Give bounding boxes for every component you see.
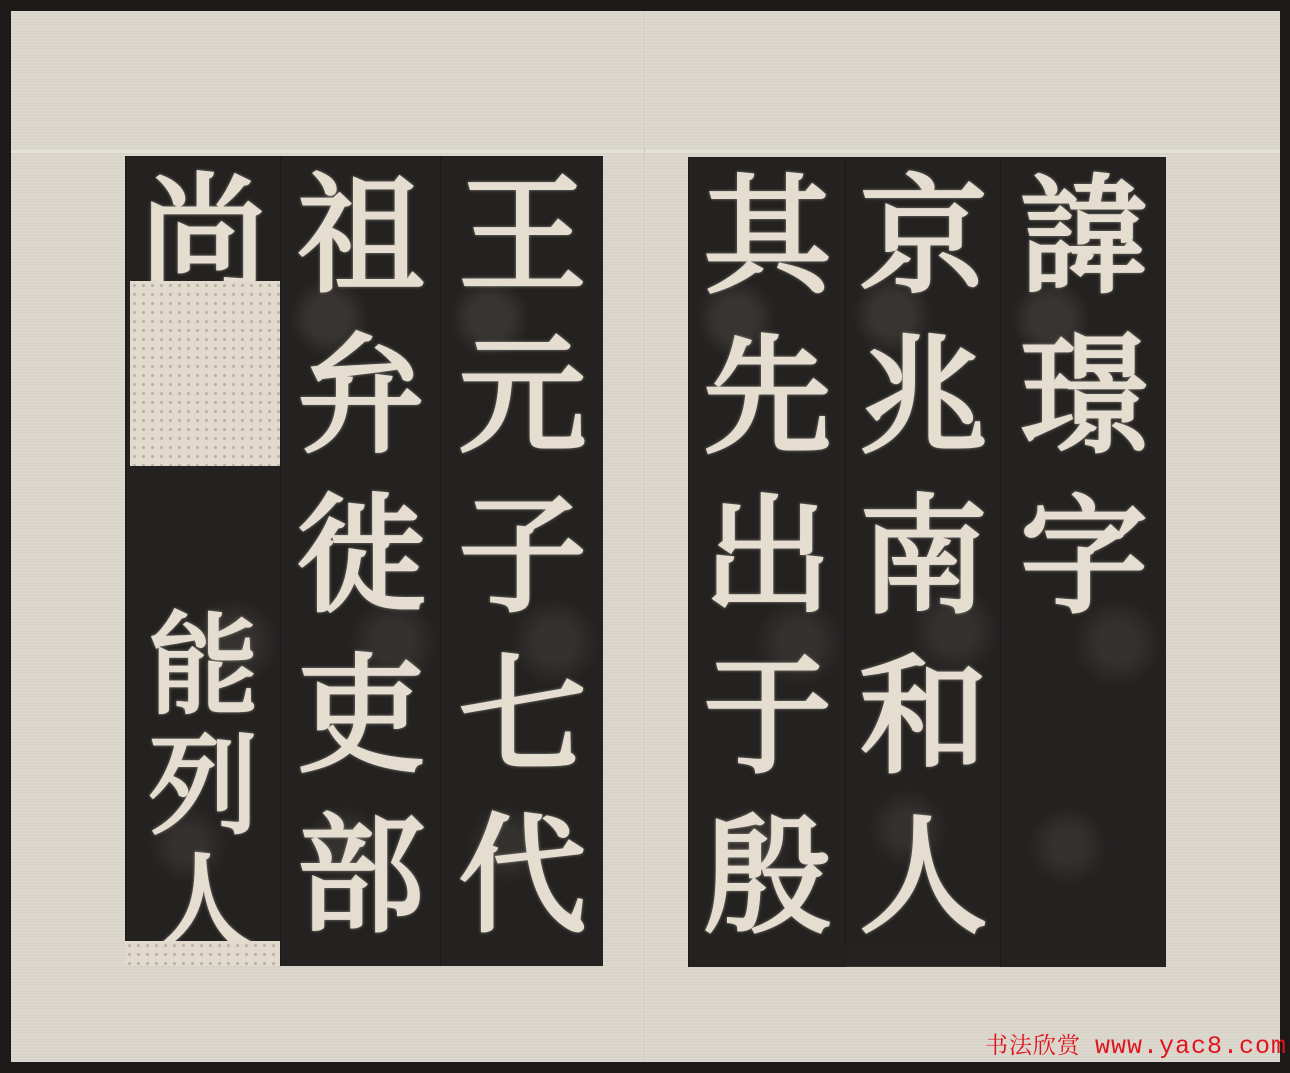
character: 殷 bbox=[703, 797, 831, 957]
character: 出 bbox=[703, 477, 831, 637]
character: 部 bbox=[297, 796, 425, 956]
character: 王 bbox=[458, 156, 586, 316]
left-page-column-1: 尚 能 列 人 bbox=[125, 156, 281, 966]
character: 能 bbox=[149, 606, 259, 726]
character: 祖 bbox=[297, 156, 425, 316]
right-page-column-1: 其 先 出 于 殷 bbox=[688, 157, 846, 967]
worn-paper-patch bbox=[125, 941, 280, 966]
character: 子 bbox=[458, 476, 586, 636]
right-page-column-3: 諱 璟 字 bbox=[1000, 157, 1166, 967]
right-page-rubbing: 其 先 出 于 殷 京 兆 南 和 人 諱 璟 字 bbox=[688, 157, 1166, 967]
left-page-rubbing: 尚 能 列 人 祖 弁 徙 吏 部 王 元 子 七 代 bbox=[125, 156, 603, 966]
character: 吏 bbox=[297, 636, 425, 796]
left-page-column-2: 祖 弁 徙 吏 部 bbox=[280, 156, 441, 966]
character: 于 bbox=[703, 637, 831, 797]
watermark-label: 书法欣赏 bbox=[985, 1033, 1081, 1059]
character: 代 bbox=[458, 796, 586, 956]
character: 其 bbox=[703, 157, 831, 317]
character: 元 bbox=[458, 316, 586, 476]
character: 列 bbox=[149, 726, 259, 846]
character: 南 bbox=[859, 477, 987, 637]
worn-paper-patch bbox=[130, 281, 280, 466]
left-page-column-3: 王 元 子 七 代 bbox=[440, 156, 603, 966]
character: 先 bbox=[703, 317, 831, 477]
character: 弁 bbox=[297, 316, 425, 476]
character: 字 bbox=[1020, 477, 1148, 637]
character: 京 bbox=[859, 157, 987, 317]
character: 和 bbox=[859, 637, 987, 797]
watermark-url: www.yac8.com bbox=[1095, 1032, 1287, 1061]
character: 徙 bbox=[297, 476, 425, 636]
character: 人 bbox=[859, 797, 987, 957]
site-watermark: 书法欣赏www.yac8.com bbox=[985, 1027, 1287, 1061]
character: 兆 bbox=[859, 317, 987, 477]
right-page-column-2: 京 兆 南 和 人 bbox=[845, 157, 1001, 947]
character: 諱 bbox=[1020, 157, 1148, 317]
book-gutter bbox=[644, 11, 646, 1062]
character: 七 bbox=[458, 636, 586, 796]
character: 璟 bbox=[1020, 317, 1148, 477]
